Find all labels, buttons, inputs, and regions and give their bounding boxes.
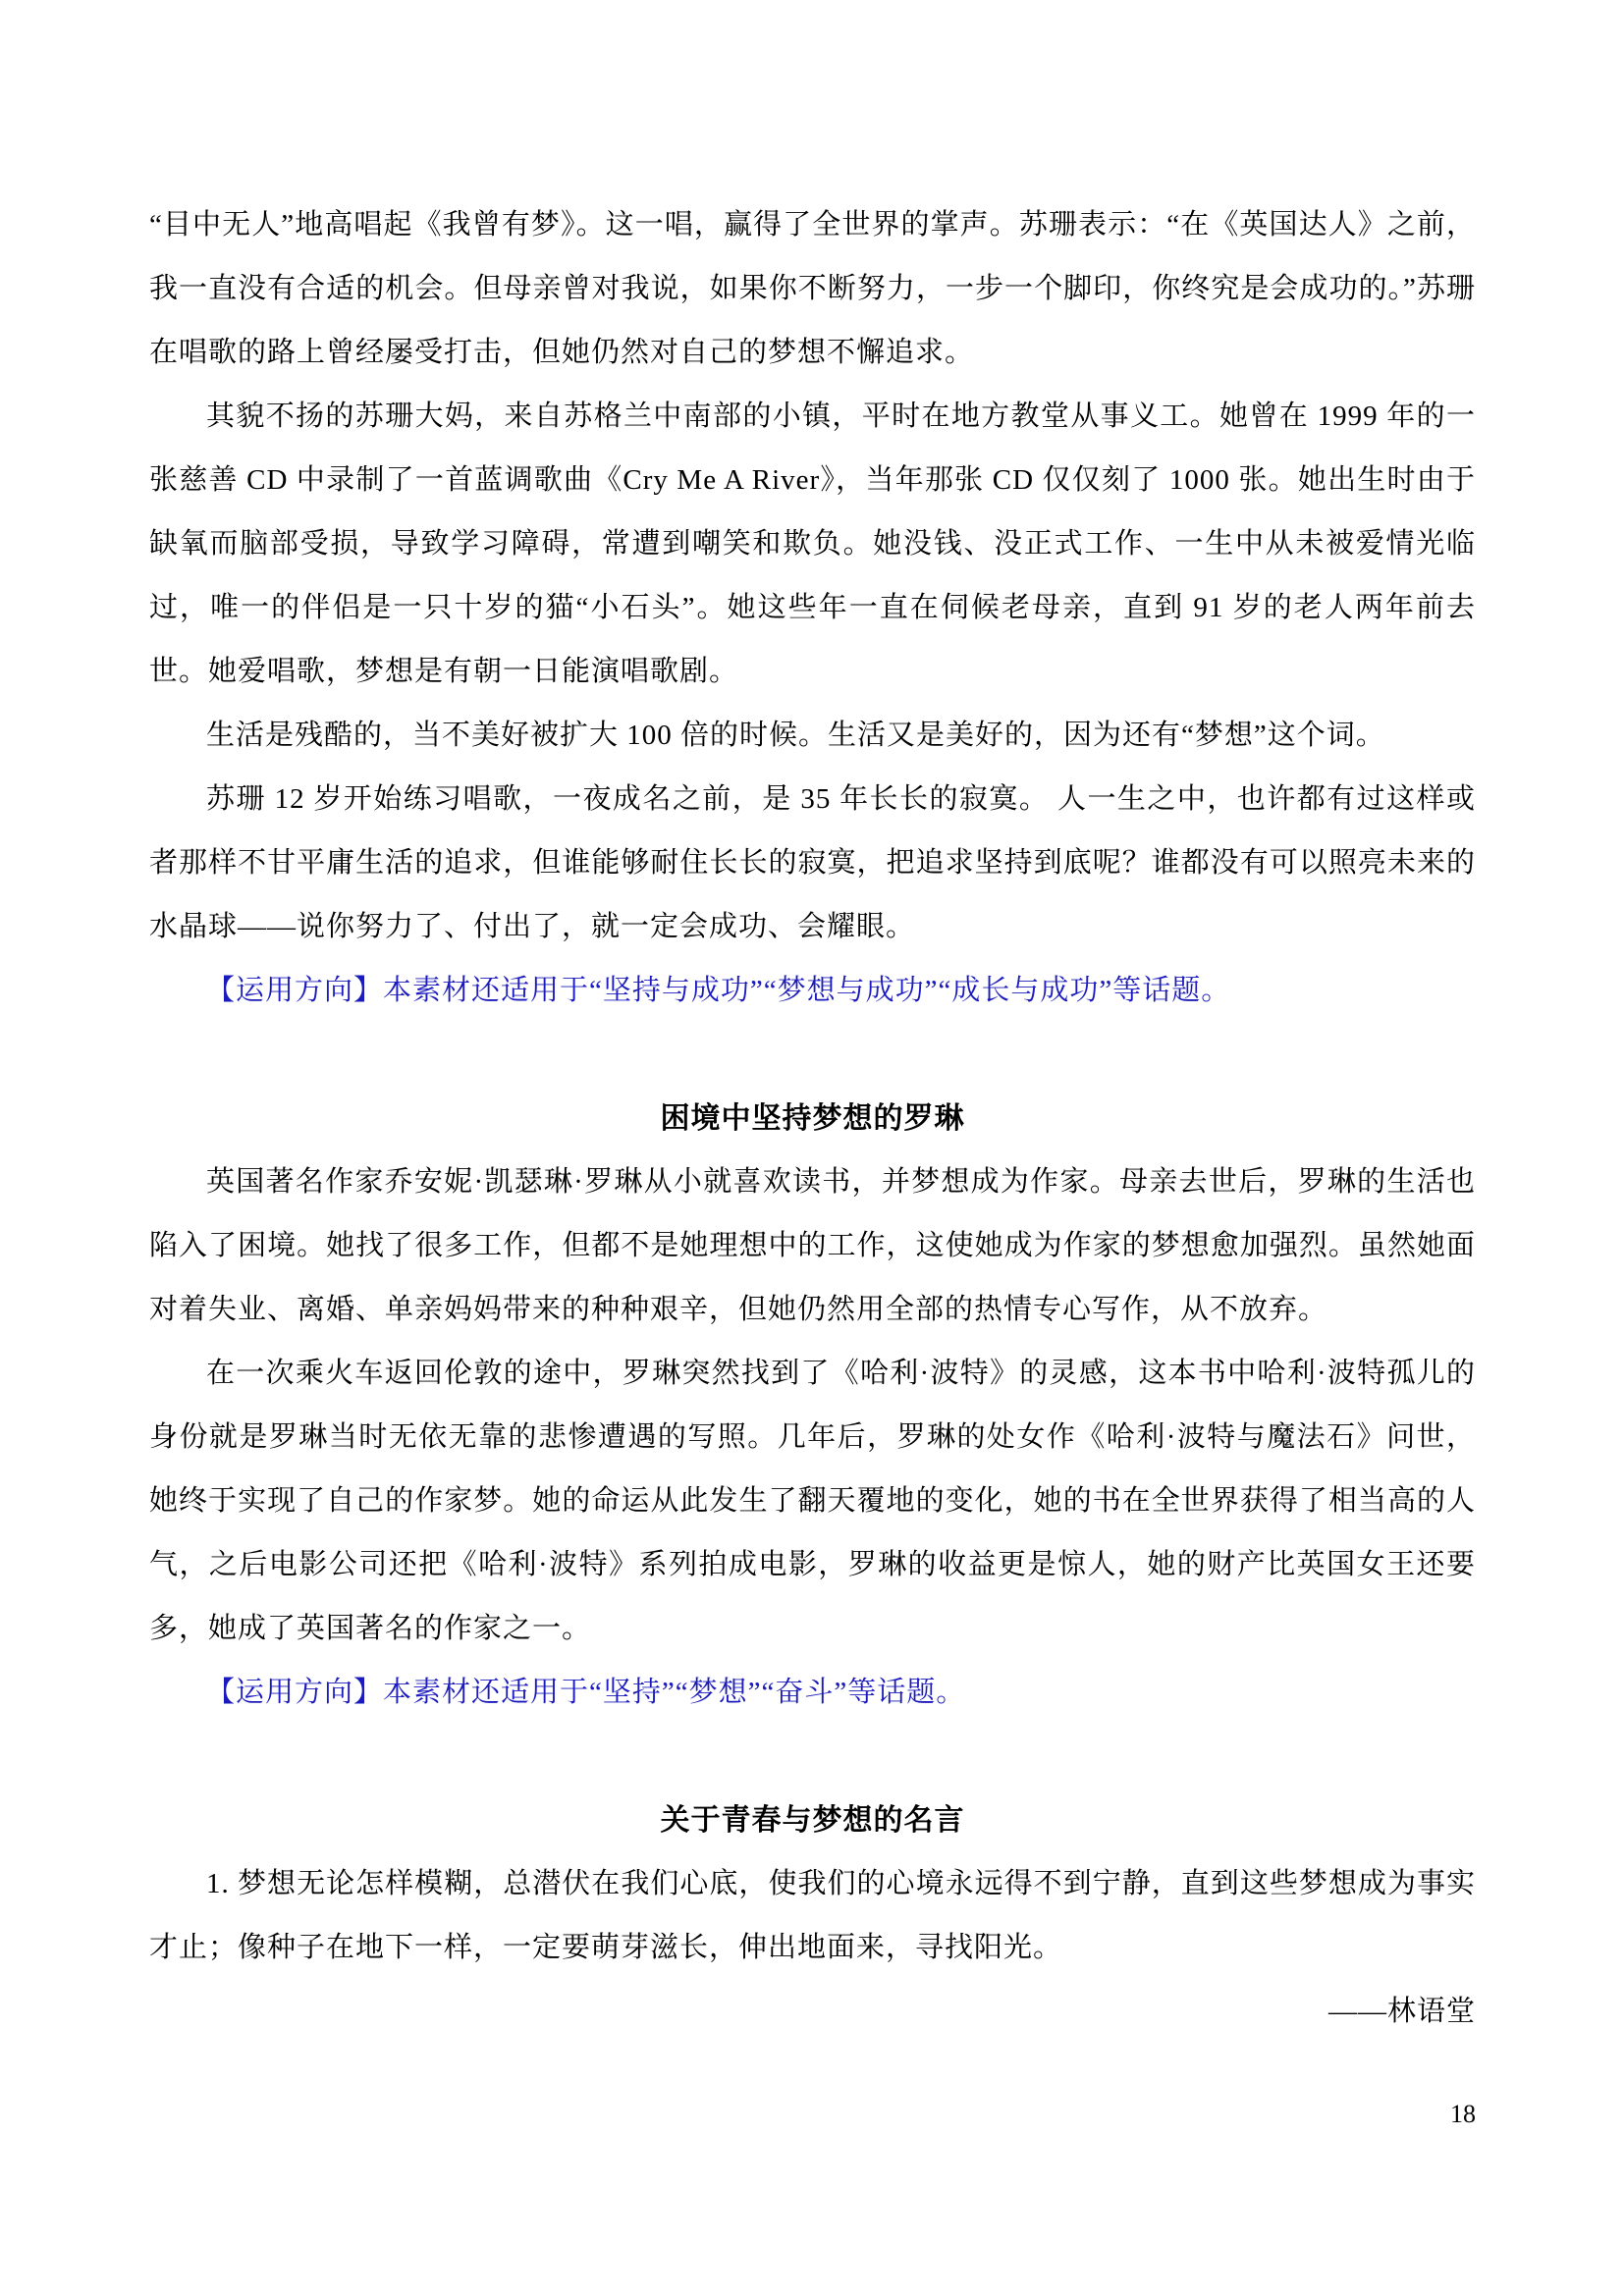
paragraph-susan-background: 其貌不扬的苏珊大妈，来自苏格兰中南部的小镇，平时在地方教堂从事义工。她曾在 19… <box>149 385 1476 704</box>
paragraph-rowling-dream: 英国著名作家乔安妮·凯瑟琳·罗琳从小就喜欢读书，并梦想成为作家。母亲去世后，罗琳… <box>149 1150 1476 1342</box>
quote-author-lin-yutang: ——林语堂 <box>149 1980 1476 2044</box>
paragraph-rowling-harry-potter: 在一次乘火车返回伦敦的途中，罗琳突然找到了《哈利·波特》的灵感，这本书中哈利·波… <box>149 1342 1476 1661</box>
document-page: “目中无人”地高唱起《我曾有梦》。这一唱，赢得了全世界的掌声。苏珊表示：“在《英… <box>0 0 1624 2296</box>
quote-item-1: 1. 梦想无论怎样模糊，总潜伏在我们心底，使我们的心境永远得不到宁静，直到这些梦… <box>149 1852 1476 1980</box>
blank-line <box>149 1725 1476 1789</box>
usage-direction-note-rowling: 【运用方向】本素材还适用于“坚持”“梦想”“奋斗”等话题。 <box>149 1661 1476 1725</box>
paragraph-susan-performance: “目中无人”地高唱起《我曾有梦》。这一唱，赢得了全世界的掌声。苏珊表示：“在《英… <box>149 193 1476 385</box>
section-heading-rowling: 困境中坚持梦想的罗琳 <box>149 1087 1476 1150</box>
page-content: “目中无人”地高唱起《我曾有梦》。这一唱，赢得了全世界的掌声。苏珊表示：“在《英… <box>149 193 1476 2044</box>
usage-direction-note-susan: 【运用方向】本素材还适用于“坚持与成功”“梦想与成功”“成长与成功”等话题。 <box>149 959 1476 1023</box>
blank-line <box>149 1023 1476 1087</box>
paragraph-life-cruel-beautiful: 生活是残酷的，当不美好被扩大 100 倍的时候。生活又是美好的，因为还有“梦想”… <box>149 704 1476 768</box>
paragraph-susan-persistence: 苏珊 12 岁开始练习唱歌，一夜成名之前，是 35 年长长的寂寞。 人一生之中，… <box>149 768 1476 959</box>
section-heading-youth-dream-quotes: 关于青春与梦想的名言 <box>149 1789 1476 1852</box>
page-number: 18 <box>1450 2099 1476 2130</box>
